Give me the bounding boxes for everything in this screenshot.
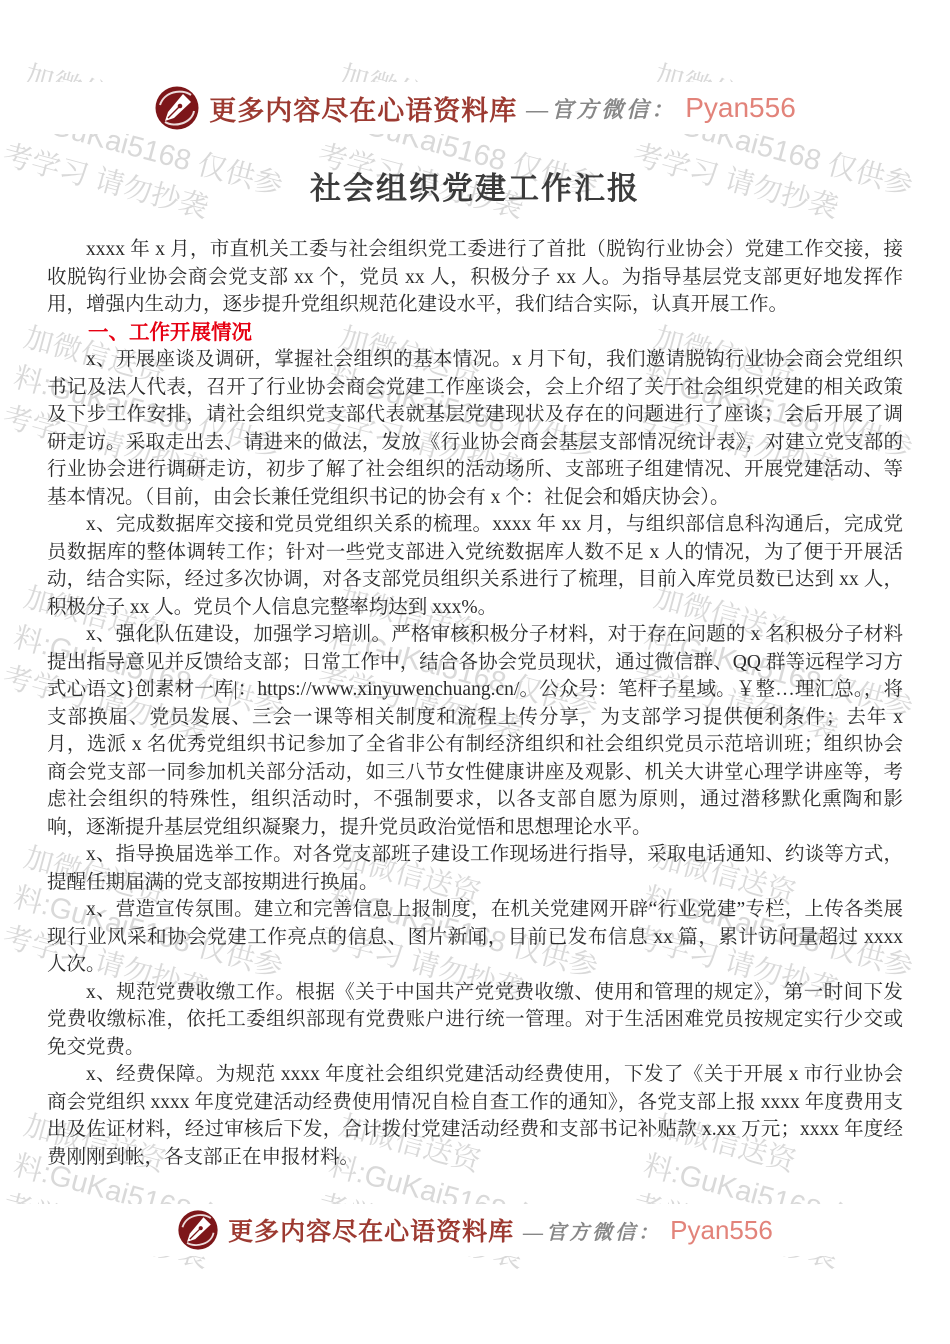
section-heading: 一、工作开展情况 — [47, 319, 903, 347]
page-title: 社会组织党建工作汇报 — [0, 163, 950, 208]
paragraph: x、经费保障。为规范 xxxx 年度社会组织党建活动经费使用，下发了《关于开展 … — [47, 1061, 903, 1171]
paragraph: x、营造宣传氛围。建立和完善信息上报制度，在机关党建网开辟“行业党建”专栏，上传… — [47, 896, 903, 979]
page-header: 更多内容尽在心语资料库—官方微信： Pyan556 — [0, 82, 950, 134]
official-wechat-label: —官方微信： — [523, 1216, 661, 1245]
paragraph: x、完成数据库交接和党员党组织关系的梳理。xxxx 年 xx 月，与组织部信息科… — [47, 511, 903, 621]
paragraph: xxxx 年 x 月，市直机关工委与社会组织党工委进行了首批（脱钩行业协会）党建… — [47, 236, 903, 319]
pen-nib-circle-icon — [154, 85, 200, 131]
brand-text: 更多内容尽在心语资料库 — [228, 1212, 514, 1248]
paragraph: x、开展座谈及调研，掌握社会组织的基本情况。x 月下旬，我们邀请脱钩行业协会商会… — [47, 346, 903, 511]
official-wechat-label: —官方微信： — [526, 93, 676, 124]
page-footer: 更多内容尽在心语资料库—官方微信： Pyan556 — [0, 1204, 950, 1256]
brand-text: 更多内容尽在心语资料库 — [209, 89, 517, 128]
pen-nib-circle-icon — [177, 1209, 219, 1251]
wechat-id: Pyan556 — [670, 1215, 773, 1246]
paragraph: x、指导换届选举工作。对各党支部班子建设工作现场进行指导，采取电话通知、约谈等方… — [47, 841, 903, 896]
document-body: xxxx 年 x 月，市直机关工委与社会组织党工委进行了首批（脱钩行业协会）党建… — [47, 236, 903, 1171]
document-page: 加微信送资料:GuKai5168 仅供参考学习 请勿抄袭加微信送资料:GuKai… — [0, 0, 950, 1344]
paragraph: x、强化队伍建设，加强学习培训。严格审核积极分子材料，对于存在问题的 x 名积极… — [47, 621, 903, 841]
wechat-id: Pyan556 — [685, 92, 796, 124]
paragraph: x、规范党费收缴工作。根据《关于中国共产党党费收缴、使用和管理的规定》，第一时间… — [47, 979, 903, 1062]
